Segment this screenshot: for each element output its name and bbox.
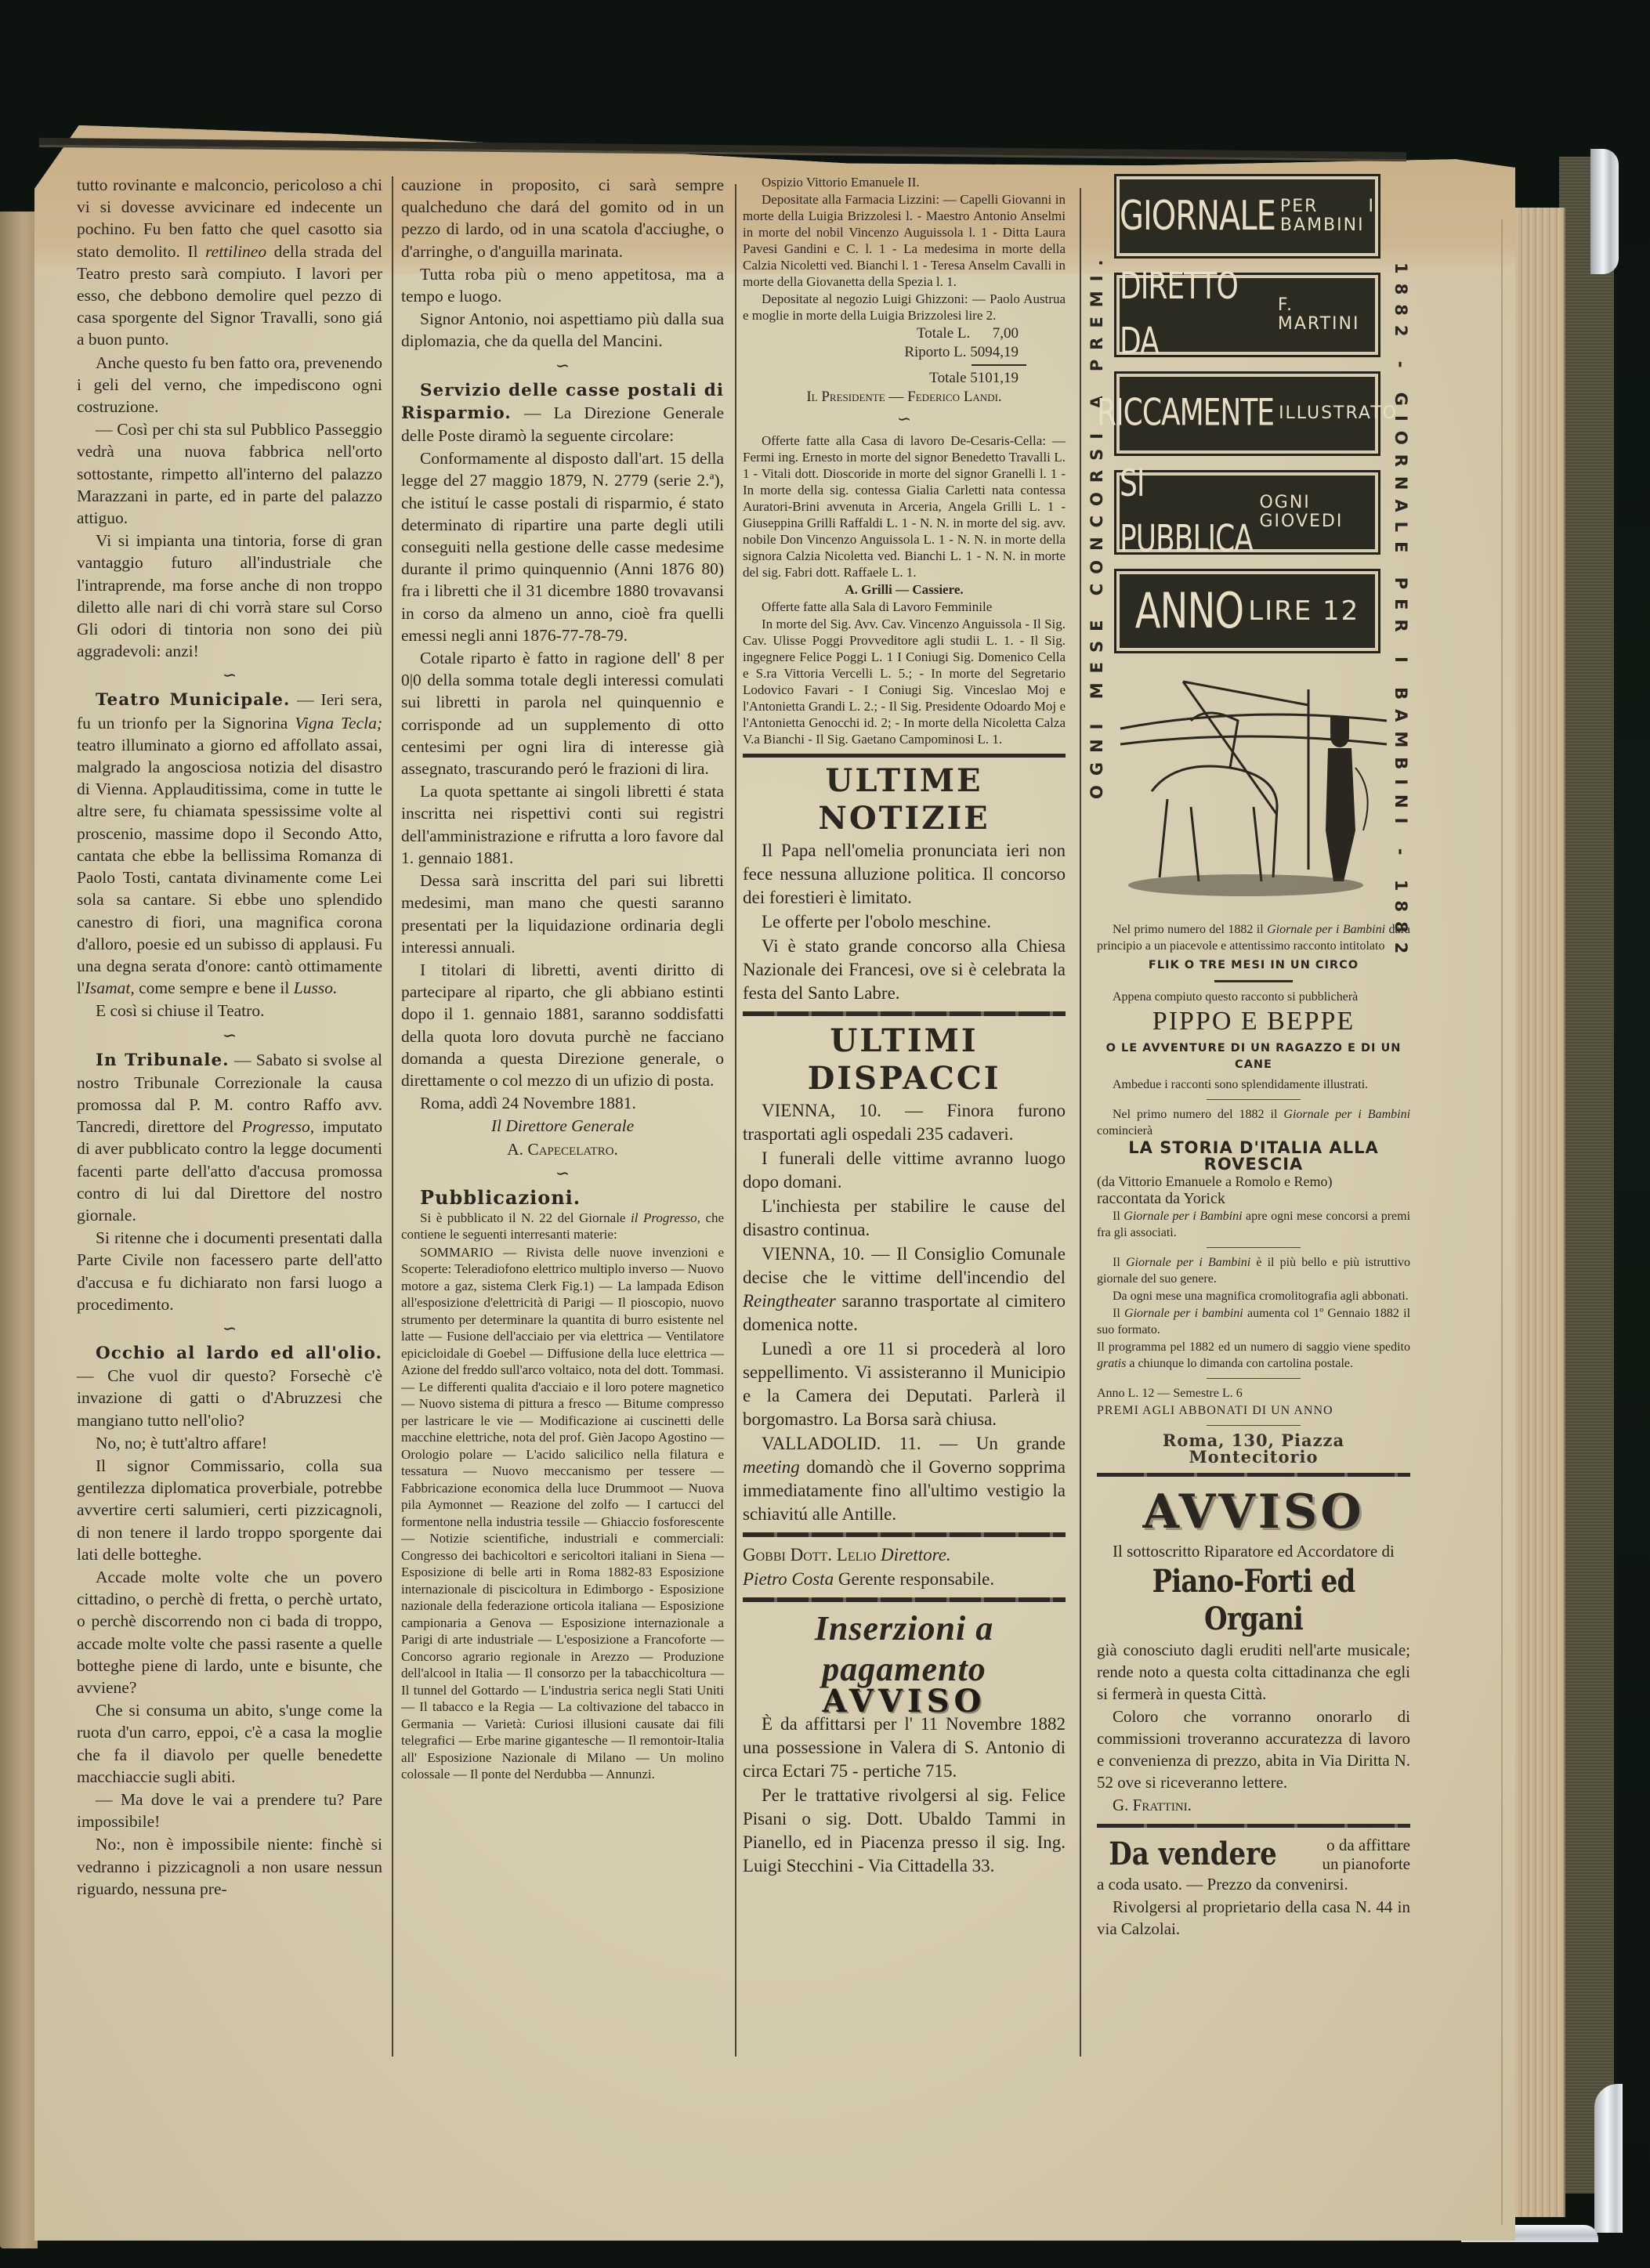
paragraph: a coda usato. — Prezzo da convenirsi.	[1097, 1873, 1410, 1895]
direttore-line: Gobbi Dott. Lelio Direttore.	[743, 1543, 1066, 1567]
piano-ad: Il sottoscritto Riparatore ed Accordator…	[1097, 1540, 1410, 1816]
story-subtitle: (da Vittorio Emanuele a Romolo e Remo)	[1097, 1174, 1410, 1190]
sommario: SOMMARIO — Rivista delle nuove invenzion…	[401, 1244, 724, 1783]
paragraph: Lunedì a ore 11 si procederà al loro sep…	[743, 1337, 1066, 1431]
paragraph: Che si consuma un abito, s'unge come la …	[77, 1699, 382, 1788]
paragraph: Anche questo fu ben fatto ora, prevenend…	[77, 352, 382, 418]
avviso-body: È da affittarsi per l' 11 Novembre 1882 …	[743, 1713, 1066, 1878]
divider	[1207, 1247, 1301, 1248]
section-rule	[743, 1532, 1066, 1537]
paragraph: Conformamente al disposto dall'art. 15 d…	[401, 447, 724, 646]
signature-name: A. Capecelatro.	[401, 1138, 724, 1160]
paragraph: Offerte fatte alla Sala di Lavoro Femmin…	[743, 599, 1066, 615]
ultime-notizie-heading: ULTIME NOTIZIE	[743, 762, 1066, 837]
paragraph: VIENNA, 10. — Finora furono trasportati …	[743, 1099, 1066, 1146]
paragraph: Nel primo numero del 1882 il Giornale pe…	[1097, 1106, 1410, 1139]
paragraph: Signor Antonio, noi aspettiamo più dalla…	[401, 308, 724, 352]
ultimi-dispacci-heading: ULTIMI DISPACCI	[743, 1022, 1066, 1098]
paragraph: Vi è stato grande concorso alla Chiesa N…	[743, 935, 1066, 1005]
paragraph: Depositate alla Farmacia Lizzini: — Cape…	[743, 191, 1066, 290]
paragraph: Offerte fatte alla Casa di lavoro De-Ces…	[743, 432, 1066, 581]
avviso-heading: AVVISO	[743, 1693, 1066, 1709]
presidente: Il Presidente — Federico Landi.	[743, 388, 1066, 406]
paragraph: Cotale riparto è fatto in ragione dell' …	[401, 647, 724, 780]
dateline: Roma, addì 24 Novembre 1881.	[401, 1092, 724, 1114]
subscription-prices: Anno L. 12 — Semestre L. 6	[1097, 1385, 1410, 1402]
paragraph: In morte del Sig. Avv. Cav. Vincenzo Ang…	[743, 616, 1066, 747]
paragraph: I funerali delle vittime avranno luogo d…	[743, 1147, 1066, 1194]
paragraph: L'inchiesta per stabilire le cause del d…	[743, 1195, 1066, 1242]
inserzioni-heading: Inserzioni a pagamento	[743, 1608, 1066, 1690]
book-cover-cloth	[1559, 157, 1614, 2194]
section-rule	[1097, 1824, 1410, 1828]
paragraph: Appena compiuto questo racconto si pubbl…	[1097, 989, 1410, 1005]
paragraph: già conosciuto dagli eruditi nell'arte m…	[1097, 1639, 1410, 1705]
paragraph: È da affittarsi per l' 11 Novembre 1882 …	[743, 1713, 1066, 1783]
column-1: tutto rovinante e malconcio, pericoloso …	[77, 174, 382, 1901]
paragraph: Da ogni mese una magnifica cromolitograf…	[1097, 1288, 1410, 1304]
riporto: Riporto L. 5094,19	[743, 343, 1066, 361]
ornament-divider: ∽	[743, 409, 1066, 429]
paragraph: Il Giornale per i bambini aumenta col 1º…	[1097, 1305, 1410, 1338]
paragraph: Per le trattative rivolgersi al sig. Fel…	[743, 1784, 1066, 1878]
metal-clip-top	[1590, 149, 1619, 274]
pubblicazioni-body: Si è pubblicato il N. 22 del Giornale il…	[401, 1210, 724, 1783]
paragraph: No:, non è impossibile niente: finchè si…	[77, 1833, 382, 1900]
article-servizio: Servizio delle casse postali di Risparmi…	[401, 379, 724, 447]
paragraph: E così si chiuse il Teatro.	[77, 1000, 382, 1022]
section-rule	[743, 1597, 1066, 1602]
article-teatro: Teatro Municipale. — Ieri sera, fu un tr…	[77, 689, 382, 999]
paragraph: — Così per chi sta sul Pubblico Passeggi…	[77, 418, 382, 529]
paragraph: I titolari di libretti, aventi diritto d…	[401, 959, 724, 1091]
credits: Gobbi Dott. Lelio Direttore. Pietro Cost…	[743, 1543, 1066, 1591]
paragraph: Si ritenne che i documenti presentati da…	[77, 1227, 382, 1315]
paragraph: Coloro che vorranno onorarlo di commissi…	[1097, 1706, 1410, 1793]
paragraph: La quota spettante ai singoli libretti é…	[401, 780, 724, 869]
gerente-line: Pietro Costa Gerente responsabile.	[743, 1568, 1066, 1591]
ornament-divider: ∽	[401, 1163, 724, 1184]
ornament-divider: ∽	[77, 1318, 382, 1339]
article-occhio: Occhio al lardo ed all'olio. — Che vuol …	[77, 1342, 382, 1431]
premiums: PREMI AGLI ABBONATI DI UN ANNO	[1097, 1402, 1410, 1419]
ornament-divider: ∽	[77, 1025, 382, 1046]
paragraph: Ospizio Vittorio Emanuele II.	[743, 174, 1066, 190]
article-heading: Teatro Municipale.	[96, 690, 290, 710]
paragraph: Vi si impianta una tintoria, forse di gr…	[77, 530, 382, 662]
paragraph: No, no; è tutt'altro affare!	[77, 1432, 382, 1454]
ad-banner: GIORNALE PER I BAMBINI	[1114, 174, 1380, 259]
section-rule	[743, 1011, 1066, 1016]
ultimi-dispacci-body: VIENNA, 10. — Finora furono trasportati …	[743, 1099, 1066, 1526]
paragraph: Le offerte per l'obolo meschine.	[743, 910, 1066, 934]
article-heading: In Tribunale.	[96, 1051, 230, 1070]
column-4-advertisement: GIORNALE PER I BAMBINI DIRETTO DA F. MAR…	[1097, 174, 1410, 1941]
column-divider-2	[735, 184, 736, 2056]
paragraph: VALLADOLID. 11. — Un grande meeting doma…	[743, 1432, 1066, 1526]
story-subtitle: O LE AVVENTURE DI UN RAGAZZO E DI UN CAN…	[1097, 1040, 1410, 1073]
paragraph: Il Papa nell'omelia pronunciata ieri non…	[743, 839, 1066, 910]
paragraph: Il programma pel 1882 ed un numero di sa…	[1097, 1339, 1410, 1372]
paragraph: Tutta roba più o meno appetitosa, ma a t…	[401, 263, 724, 307]
ornament-divider: ∽	[77, 665, 382, 685]
ad-banner: DIRETTO DA F. MARTINI	[1114, 273, 1380, 357]
sum-rule	[972, 364, 1026, 366]
circus-horse-illustration	[1105, 674, 1402, 909]
totals-block: Totale L. 7,00 Riporto L. 5094,19 Totale…	[743, 324, 1066, 406]
column-2: cauzione in proposito, ci sarà sempre qu…	[401, 174, 724, 1784]
story-author: raccontata da Yorick	[1097, 1191, 1410, 1207]
metal-clip-bottom-vertical	[1594, 2084, 1623, 2233]
vendere-heading: Da vendere	[1097, 1836, 1277, 1872]
paragraph: Accade molte volte che un povero cittadi…	[77, 1566, 382, 1698]
story-title: PIPPO E BEPPE	[1097, 1006, 1410, 1037]
paragraph: — Ma dove le vai a prendere tu? Pare imp…	[77, 1789, 382, 1832]
totale: Totale L. 7,00	[743, 324, 1066, 342]
paragraph: cauzione in proposito, ci sarà sempre qu…	[401, 174, 724, 262]
vendere-ad: Da vendere o da affittare un pianoforte …	[1097, 1836, 1410, 1940]
column-divider-1	[392, 176, 393, 2056]
paragraph: Ambedue i racconti sono splendidamente i…	[1097, 1076, 1410, 1093]
paragraph: Il Giornale per i Bambini è il più bello…	[1097, 1254, 1410, 1287]
publisher-address: Roma, 130, Piazza Montecitorio	[1097, 1432, 1410, 1465]
paragraph: Nel primo numero del 1882 il Giornale pe…	[1097, 921, 1410, 954]
article-heading: Occhio al lardo ed all'olio.	[96, 1344, 382, 1363]
story-title: LA STORIA D'ITALIA ALLA ROVESCIA	[1097, 1140, 1410, 1173]
paragraph: VIENNA, 10. — Il Consiglio Comunale deci…	[743, 1243, 1066, 1337]
gutter-line	[1501, 219, 1503, 2225]
facing-page-edge	[0, 212, 38, 2248]
divider	[1207, 1425, 1301, 1426]
story-title: FLIK O TRE MESI IN UN CIRCO	[1097, 957, 1410, 974]
piano-heading: Piano-Forti ed Organi	[1120, 1563, 1387, 1638]
paragraph: Il sottoscritto Riparatore ed Accordator…	[1097, 1540, 1410, 1562]
divider	[1207, 1378, 1301, 1379]
cassiere: A. Grilli — Cassiere.	[743, 581, 1066, 598]
paragraph: tutto rovinante e malconcio, pericoloso …	[77, 174, 382, 351]
column-divider-3	[1080, 188, 1081, 2056]
paragraph: Depositate al negozio Luigi Ghizzoni: — …	[743, 291, 1066, 324]
divider	[1214, 980, 1293, 982]
ad-banner: ANNO LIRE 12	[1114, 569, 1380, 653]
column-3: Ospizio Vittorio Emanuele II. Depositate…	[743, 174, 1066, 1879]
signature: G. Frattini.	[1097, 1794, 1410, 1816]
paragraph: Il signor Commissario, colla sua gentile…	[77, 1455, 382, 1565]
vendere-side: o da affittare un pianoforte	[1319, 1836, 1410, 1873]
avviso-heading: AVVISO	[1097, 1485, 1410, 1539]
section-rule	[743, 754, 1066, 758]
ultime-notizie-body: Il Papa nell'omelia pronunciata ieri non…	[743, 839, 1066, 1005]
totale-final: Totale 5101,19	[743, 369, 1066, 387]
paragraph: Il Giornale per i Bambini apre ogni mese…	[1097, 1208, 1410, 1241]
ornament-divider: ∽	[401, 356, 724, 376]
section-rule	[1097, 1473, 1410, 1477]
divider	[1207, 1099, 1301, 1100]
ad-banner: SI PUBBLICA OGNI GIOVEDI	[1114, 470, 1380, 555]
article-tribunale: In Tribunale. — Sabato si svolse al nost…	[77, 1049, 382, 1227]
ad-banner: RICCAMENTE ILLUSTRATO	[1114, 371, 1380, 456]
paragraph: Rivolgersi al proprietario della casa N.…	[1097, 1896, 1410, 1940]
article-heading: Pubblicazioni.	[401, 1187, 724, 1209]
paragraph: Dessa sarà inscritta del pari sui libret…	[401, 870, 724, 958]
paragraph: Si è pubblicato il N. 22 del Giornale il…	[401, 1210, 724, 1243]
signature-title: Il Direttore Generale	[401, 1115, 724, 1137]
